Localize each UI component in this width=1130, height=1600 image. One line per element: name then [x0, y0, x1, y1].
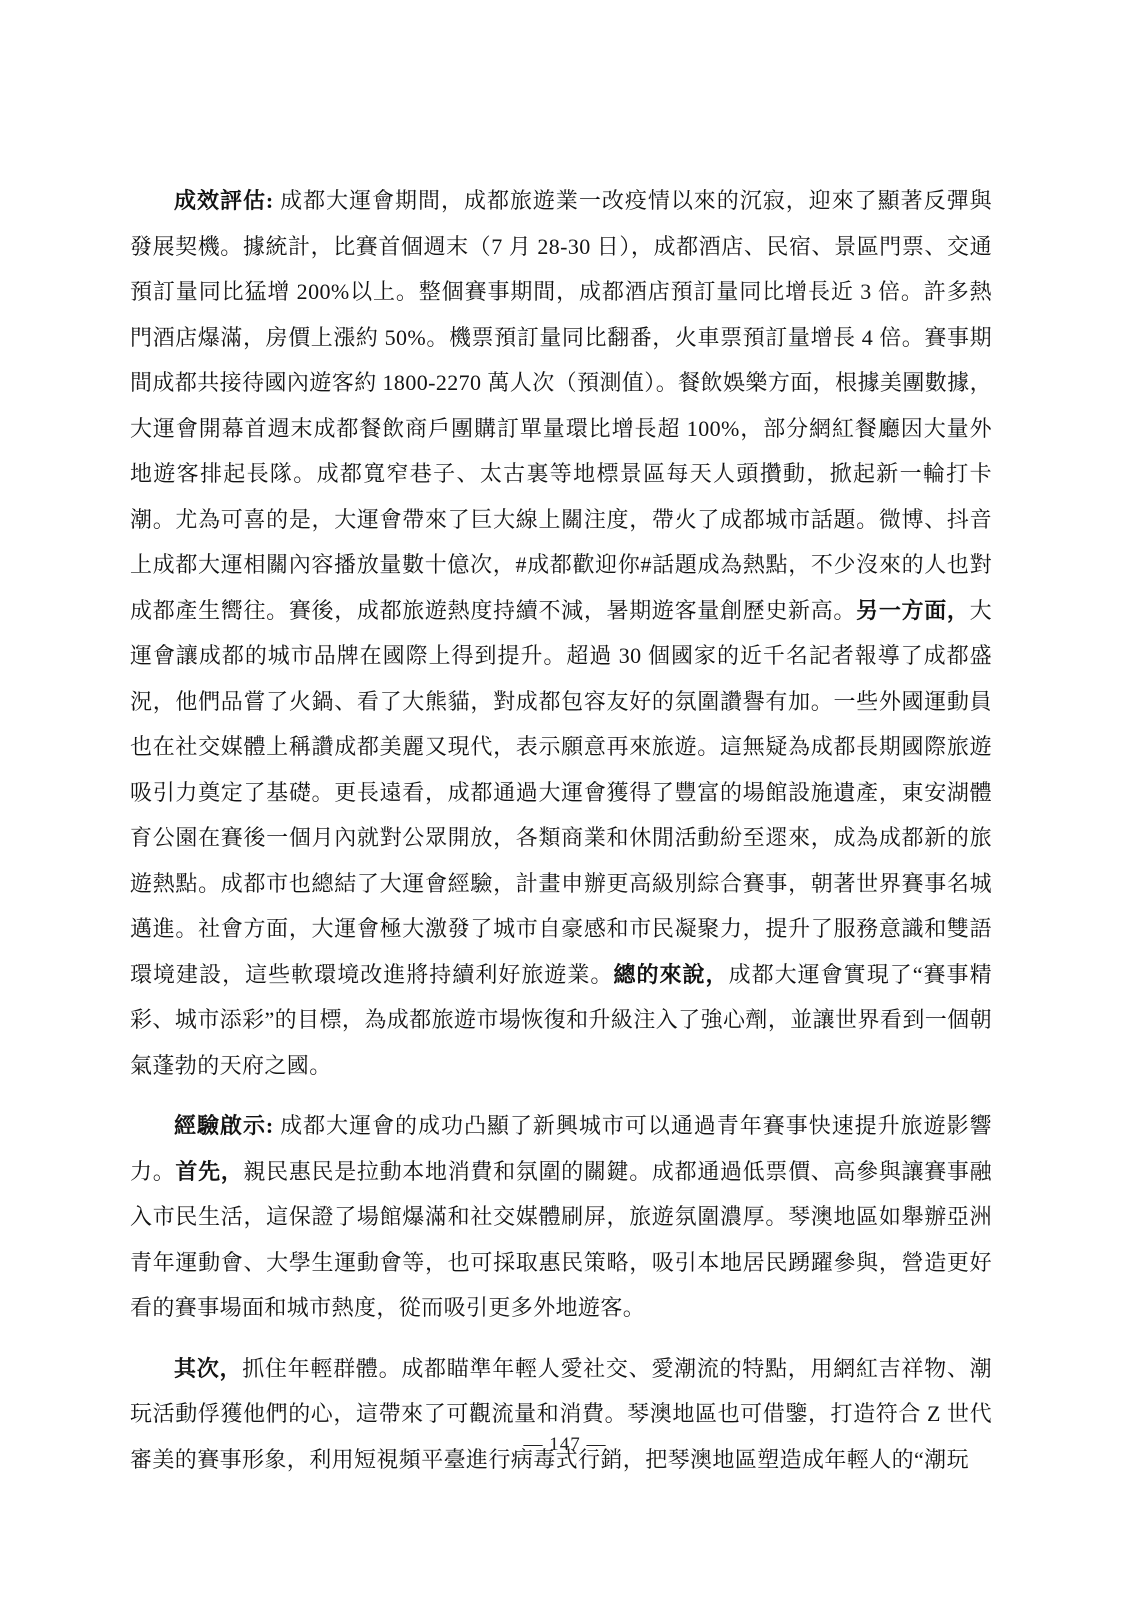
text-run-heading: 經驗啟示:	[174, 1113, 274, 1138]
document-body: 成效評估: 成都大運會期間，成都旅遊業一改疫情以來的沉寂，迎來了顯著反彈與發展契…	[130, 178, 992, 1497]
paragraph: 成效評估: 成都大運會期間，成都旅遊業一改疫情以來的沉寂，迎來了顯著反彈與發展契…	[130, 178, 992, 1088]
text-run: 大運會讓成都的城市品牌在國際上得到提升。超過 30 個國家的近千名記者報導了成都…	[130, 598, 992, 987]
text-run-emphasis: 另一方面，	[856, 598, 969, 623]
text-run-emphasis: 首先，	[175, 1159, 243, 1184]
paragraph: 其次，抓住年輕群體。成都瞄準年輕人愛社交、愛潮流的特點，用網紅吉祥物、潮玩活動俘…	[130, 1346, 992, 1483]
document-page: 成效評估: 成都大運會期間，成都旅遊業一改疫情以來的沉寂，迎來了顯著反彈與發展契…	[0, 0, 1130, 1600]
paragraph: 經驗啟示: 成都大運會的成功凸顯了新興城市可以通過青年賽事快速提升旅遊影響力。首…	[130, 1103, 992, 1331]
text-run: 親民惠民是拉動本地消費和氛圍的關鍵。成都通過低票價、高參與讓賽事融入市民生活，這…	[130, 1159, 992, 1321]
page-number: — 147 —	[0, 1434, 1130, 1456]
text-run-heading: 成效評估:	[174, 188, 274, 213]
text-run: 成都大運會期間，成都旅遊業一改疫情以來的沉寂，迎來了顯著反彈與發展契機。據統計，…	[130, 188, 992, 623]
text-run-emphasis: 總的來說，	[613, 962, 728, 987]
text-run-emphasis: 其次，	[174, 1356, 242, 1381]
